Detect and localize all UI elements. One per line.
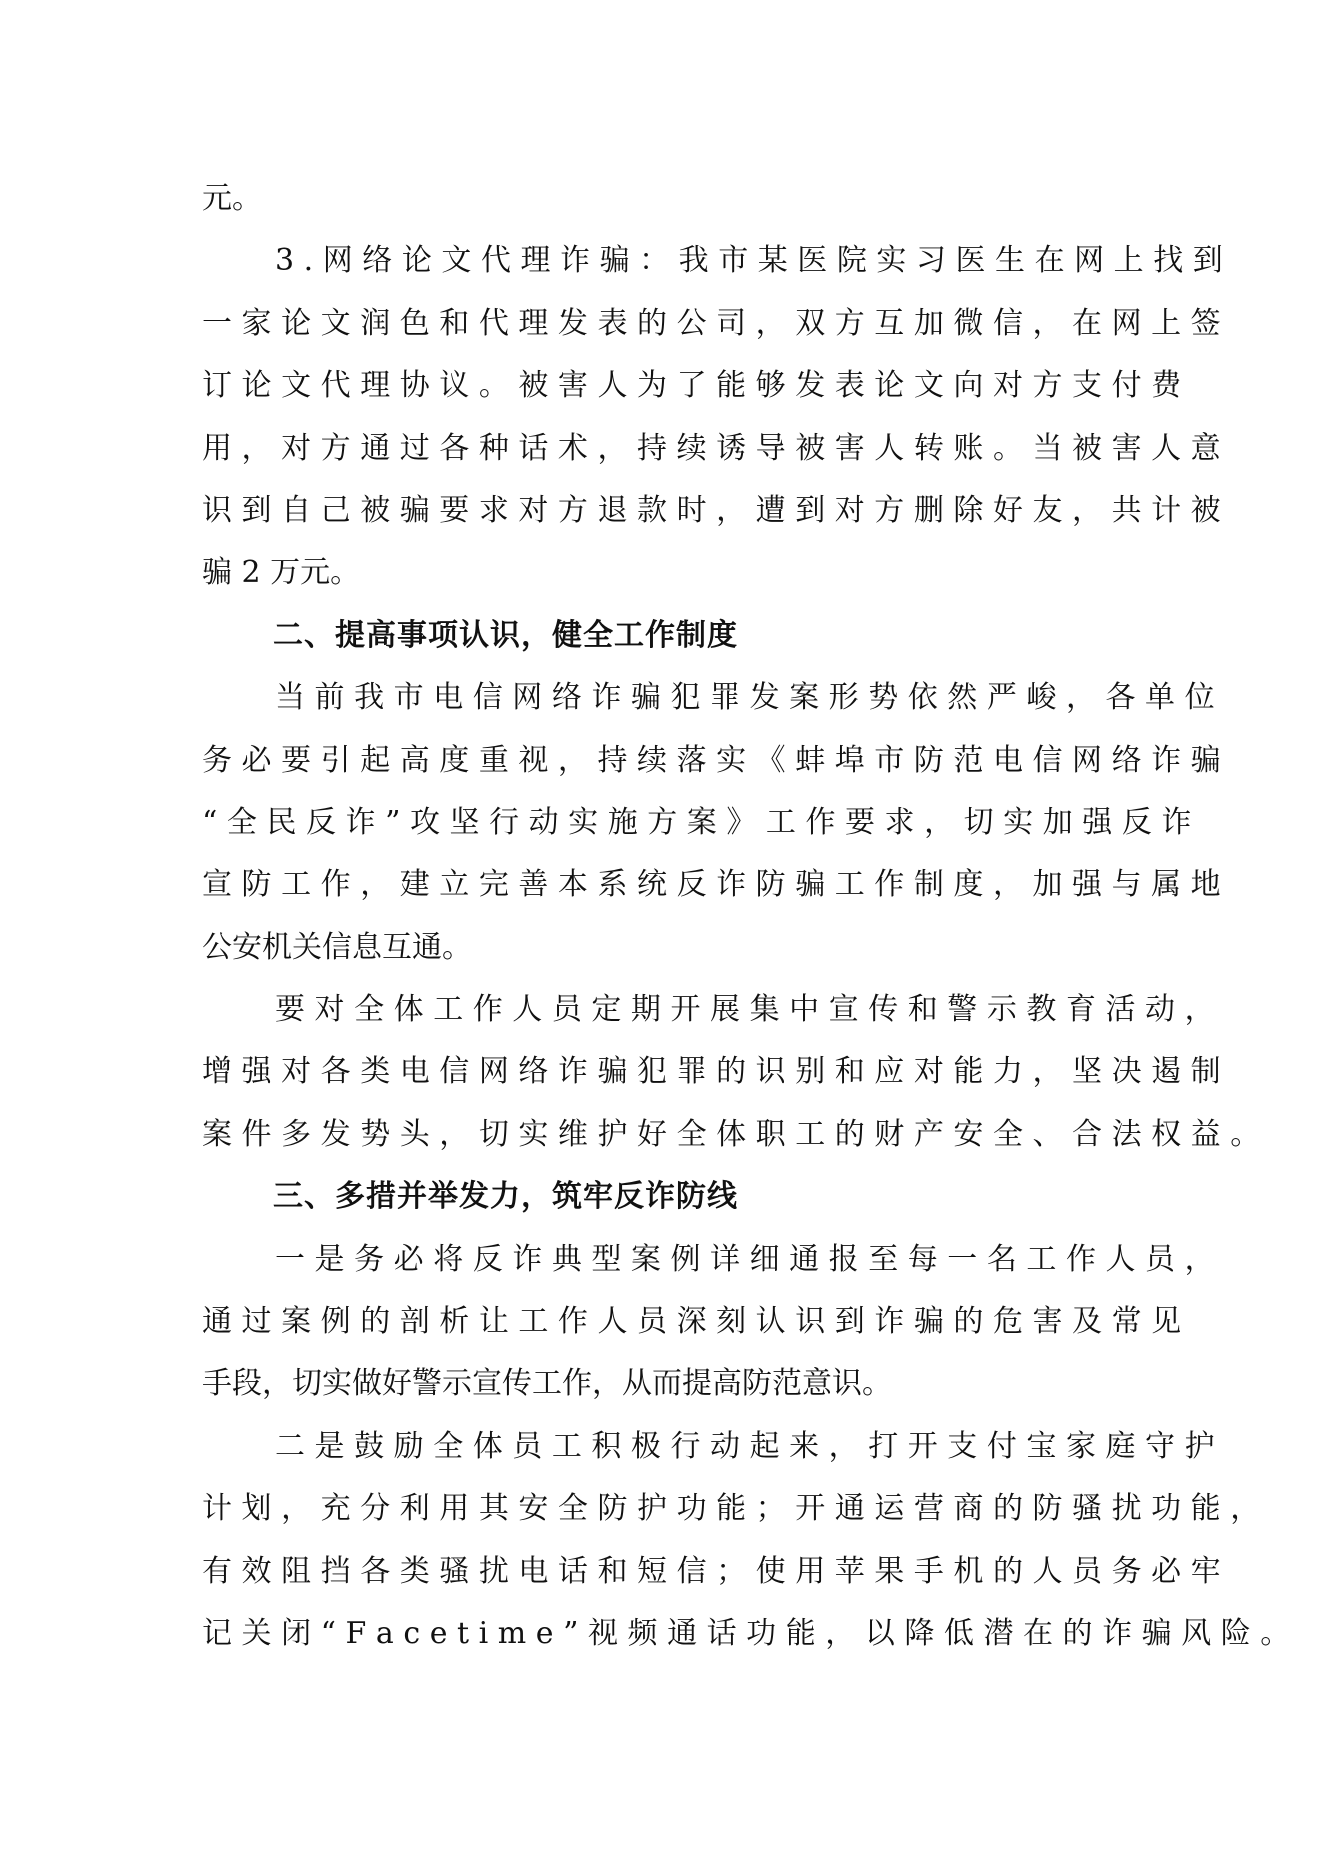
case-3-line: 订 论 文 代 理 协 议 。 被 害 人 为 了 能 够 发 表 论 文 向 … [202, 355, 1120, 417]
document-page: 元。 3 . 网 络 论 文 代 理 诈 骗 ： 我 市 某 医 院 实 习 医… [0, 0, 1323, 1871]
paragraph-line: 一 是 务 必 将 反 诈 典 型 案 例 详 细 通 报 至 每 一 名 工 … [202, 1229, 1120, 1291]
case-3-line: 识 到 自 己 被 骗 要 求 对 方 退 款 时 ， 遭 到 对 方 删 除 … [202, 480, 1120, 542]
document-body: 元。 3 . 网 络 论 文 代 理 诈 骗 ： 我 市 某 医 院 实 习 医… [202, 168, 1120, 1665]
case-3-line: 用 ， 对 方 通 过 各 种 话 术 ， 持 续 诱 导 被 害 人 转 账 … [202, 418, 1120, 480]
paragraph-line: 当 前 我 市 电 信 网 络 诈 骗 犯 罪 发 案 形 势 依 然 严 峻 … [202, 667, 1120, 729]
paragraph-line: 通 过 案 例 的 剖 析 让 工 作 人 员 深 刻 认 识 到 诈 骗 的 … [202, 1291, 1120, 1353]
paragraph-line: 务 必 要 引 起 高 度 重 视 ， 持 续 落 实 《 蚌 埠 市 防 范 … [202, 730, 1120, 792]
paragraph-line: 宣 防 工 作 ， 建 立 完 善 本 系 统 反 诈 防 骗 工 作 制 度 … [202, 854, 1120, 916]
paragraph-line: 案 件 多 发 势 头 ， 切 实 维 护 好 全 体 职 工 的 财 产 安 … [202, 1104, 1120, 1166]
paragraph-line: 二 是 鼓 励 全 体 员 工 积 极 行 动 起 来 ， 打 开 支 付 宝 … [202, 1416, 1120, 1478]
case-3-line: 3 . 网 络 论 文 代 理 诈 骗 ： 我 市 某 医 院 实 习 医 生 … [202, 230, 1120, 292]
paragraph-line: “ 全 民 反 诈 ” 攻 坚 行 动 实 施 方 案 》 工 作 要 求 ， … [202, 792, 1120, 854]
paragraph-line: 公安机关信息互通。 [202, 917, 1120, 979]
paragraph-line: 计 划 ， 充 分 利 用 其 安 全 防 护 功 能 ； 开 通 运 营 商 … [202, 1478, 1120, 1540]
paragraph-line: 元。 [202, 168, 1120, 230]
case-3-line: 一 家 论 文 润 色 和 代 理 发 表 的 公 司 ， 双 方 互 加 微 … [202, 293, 1120, 355]
section-heading-2: 二、提高事项认识，健全工作制度 [202, 605, 1120, 667]
case-3-line: 骗 2 万元。 [202, 542, 1120, 604]
paragraph-line: 有 效 阻 挡 各 类 骚 扰 电 话 和 短 信 ； 使 用 苹 果 手 机 … [202, 1541, 1120, 1603]
paragraph-line: 要 对 全 体 工 作 人 员 定 期 开 展 集 中 宣 传 和 警 示 教 … [202, 979, 1120, 1041]
paragraph-line: 记 关 闭 “ F a c e t i m e ” 视 频 通 话 功 能 ， … [202, 1603, 1120, 1665]
paragraph-line: 手段，切实做好警示宣传工作，从而提高防范意识。 [202, 1353, 1120, 1415]
paragraph-line: 增 强 对 各 类 电 信 网 络 诈 骗 犯 罪 的 识 别 和 应 对 能 … [202, 1041, 1120, 1103]
section-heading-3: 三、多措并举发力，筑牢反诈防线 [202, 1166, 1120, 1228]
